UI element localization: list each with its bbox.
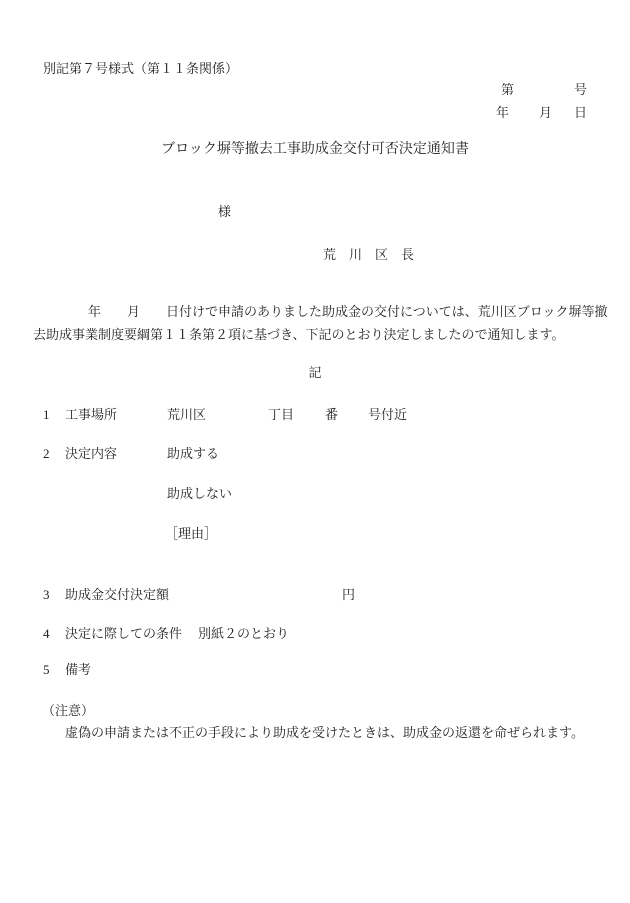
item3-number: 3: [43, 587, 50, 602]
date-day-label: 日: [574, 105, 587, 120]
item5-label: 備考: [65, 662, 91, 677]
note-heading: （注意）: [42, 703, 94, 718]
item3-label: 助成金交付決定額: [65, 587, 169, 602]
date-year-label: 年: [496, 105, 509, 120]
addressee-honorific: 様: [218, 204, 231, 219]
body-line-2: 去助成事業制度要綱第１１条第２項に基づき、下記のとおり決定しましたので通知します…: [33, 327, 564, 342]
document-page: 別記第７号様式（第１１条関係） 第 号 年 月 日 ブロック塀等撤去工事助成金交…: [0, 0, 630, 903]
item1-ban-label: 番: [325, 407, 338, 422]
body-line-1: 年 月 日付けで申請のありました助成金の交付については、荒川区ブロック塀等撤: [88, 304, 607, 319]
item2-number: 2: [43, 446, 50, 461]
item1-chome-label: 丁目: [268, 407, 294, 422]
item2-reason-label: ［理由］: [165, 526, 217, 541]
item1-number: 1: [43, 407, 50, 422]
item2-option-deny: 助成しない: [167, 486, 232, 501]
doc-number-prefix: 第: [501, 82, 514, 97]
item3-unit-label: 円: [342, 587, 355, 602]
note-text: 虚偽の申請または不正の手段により助成を受けたときは、助成金の返還を命ぜられます。: [65, 725, 584, 740]
item1-label: 工事場所: [65, 407, 117, 422]
item1-go-label: 号付近: [368, 407, 407, 422]
sender-name: 荒 川 区 長: [323, 247, 414, 262]
item5-number: 5: [43, 662, 50, 677]
item4-number: 4: [43, 626, 50, 641]
item2-option-grant: 助成する: [167, 446, 219, 461]
item4-value: 別紙２のとおり: [198, 626, 289, 641]
doc-number-suffix: 号: [574, 82, 587, 97]
date-month-label: 月: [539, 105, 552, 120]
item2-label: 決定内容: [65, 446, 117, 461]
document-title: ブロック塀等撤去工事助成金交付可否決定通知書: [0, 142, 630, 157]
record-marker: 記: [0, 365, 630, 380]
form-reference: 別記第７号様式（第１１条関係）: [43, 61, 238, 76]
item1-ward: 荒川区: [167, 407, 206, 422]
item4-label: 決定に際しての条件: [65, 626, 182, 641]
